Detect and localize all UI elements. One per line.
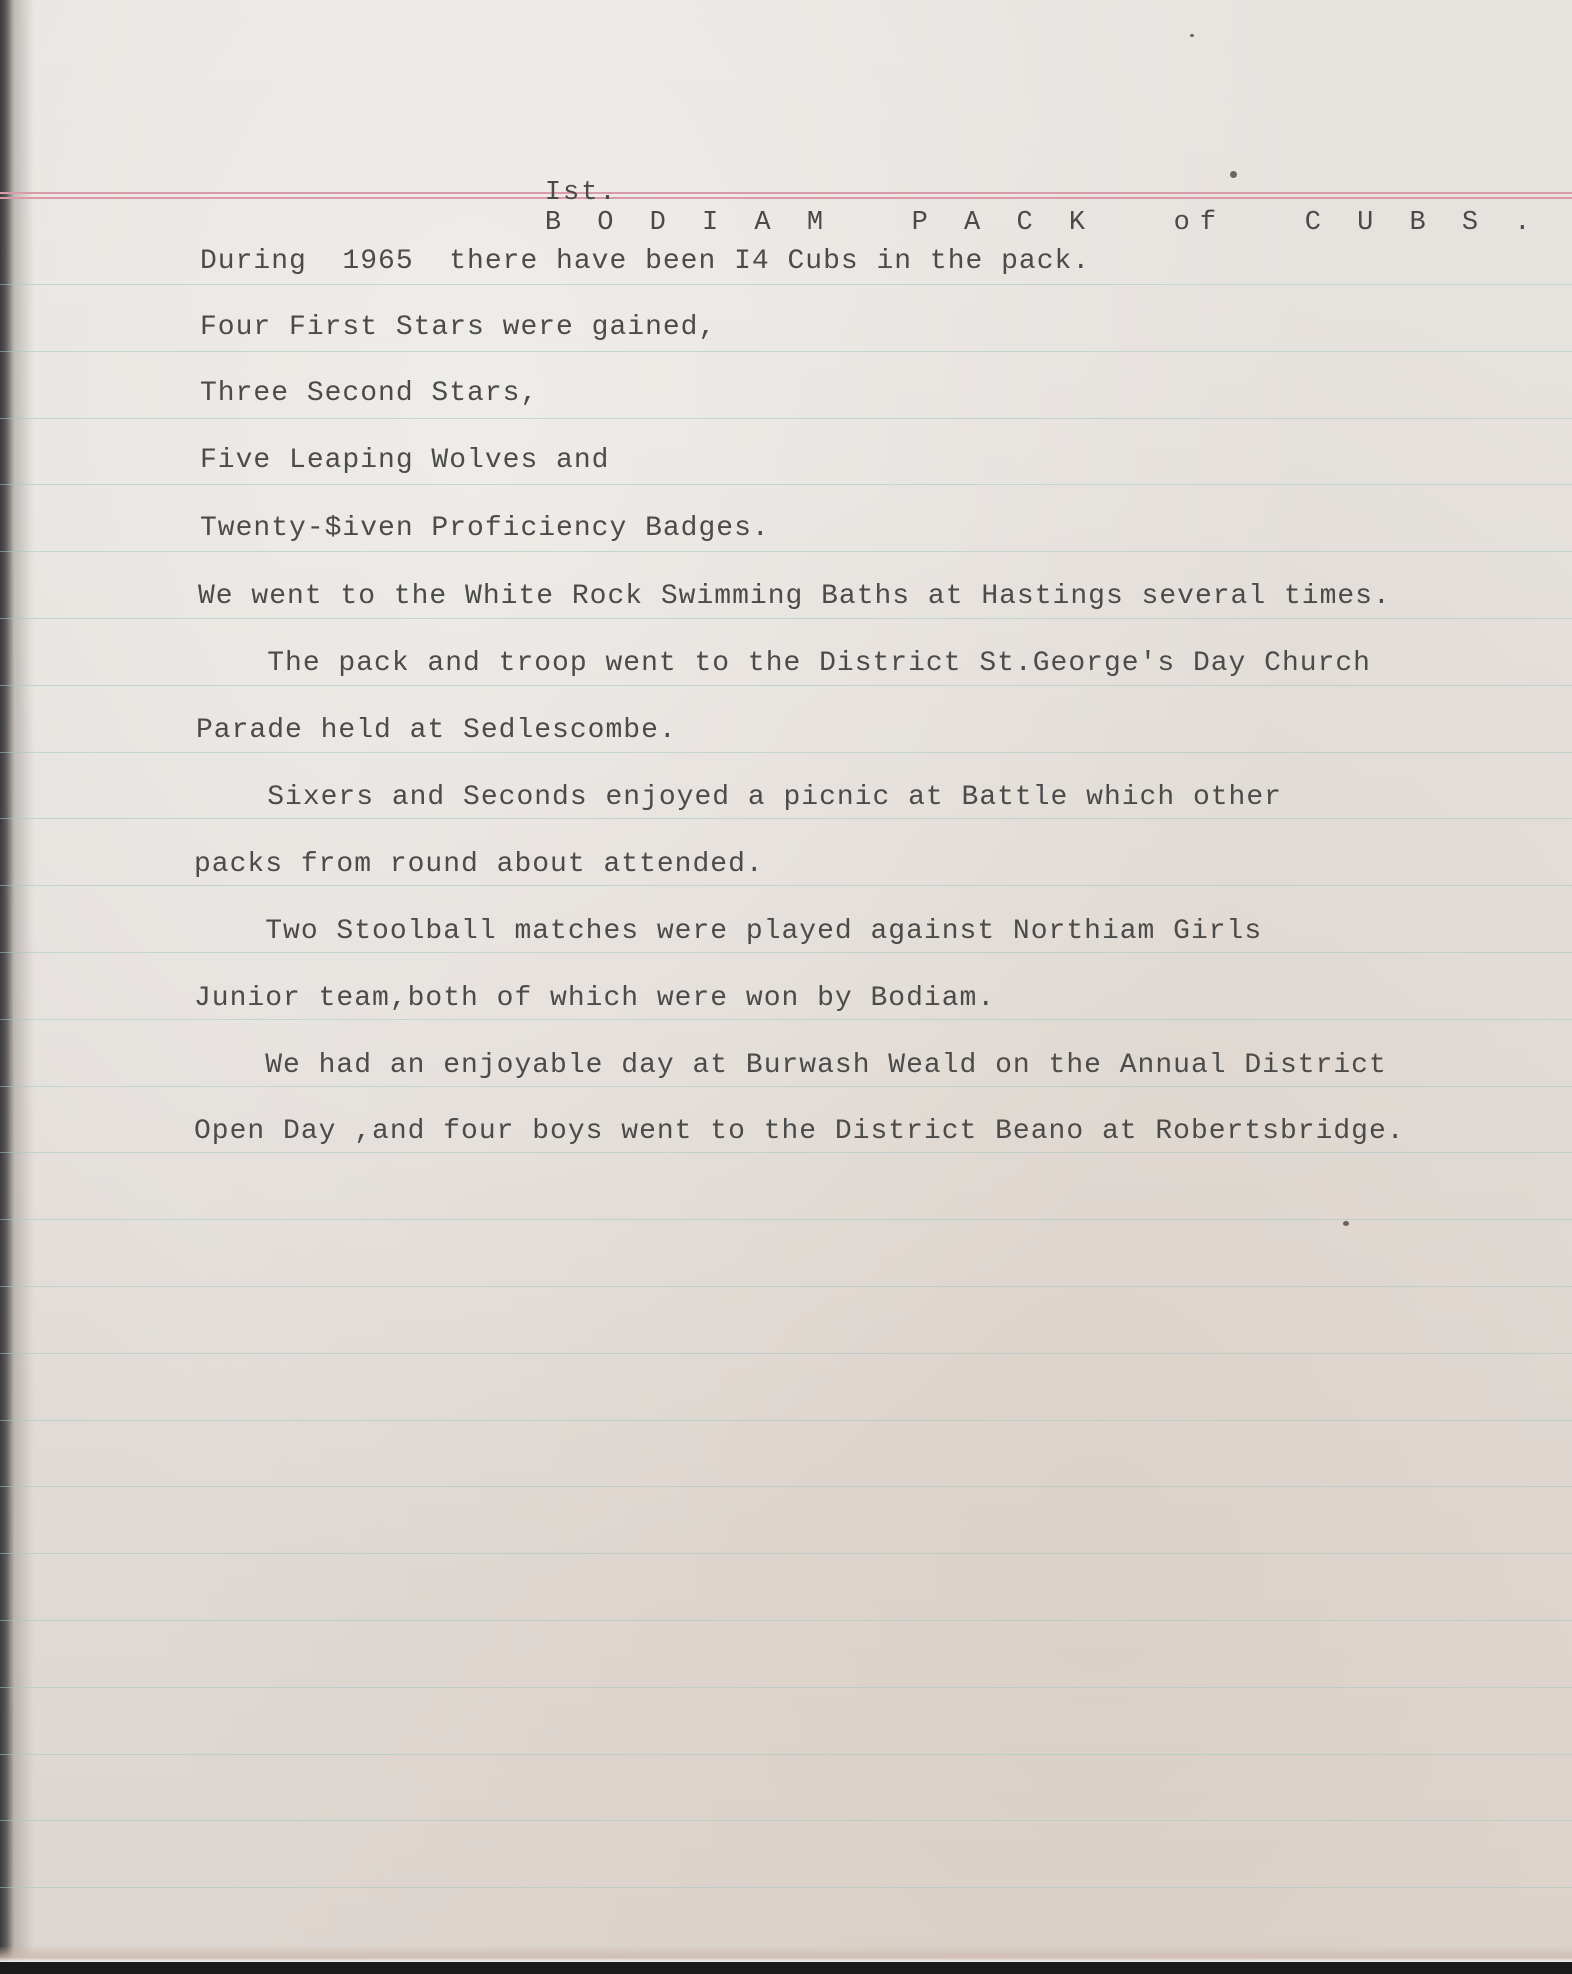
ruled-line [0,952,1572,953]
text-line: Open Day ,and four boys went to the Dist… [194,1116,1405,1147]
ink-speck [1343,1221,1349,1226]
ruled-line [0,351,1572,352]
ruled-line [0,1353,1572,1354]
ruled-line [0,685,1572,686]
ruled-line [0,284,1572,285]
ruled-line [0,1086,1572,1087]
text-line: The pack and troop went to the District … [196,648,1371,679]
ruled-line [0,484,1572,485]
text-line: Three Second Stars, [200,378,538,409]
text-line: Two Stoolball matches were played agains… [194,916,1262,947]
binding-shadow [0,0,34,1962]
text-line: We went to the White Rock Swimming Baths… [198,581,1391,612]
ruled-line [0,1219,1572,1220]
ruled-line [0,885,1572,886]
text-line: packs from round about attended. [194,849,764,880]
title-prefix: Ist. [545,178,618,208]
ruled-line [0,1486,1572,1487]
ruled-line [0,1553,1572,1554]
ruled-line [0,551,1572,552]
ruled-line [0,1286,1572,1287]
ruled-line [0,1687,1572,1688]
ruled-line [0,1820,1572,1821]
ruled-line [0,618,1572,619]
paper-bottom-edge [0,1946,1572,1962]
typed-page: Ist. B O D I A M P A C K of C U B S . Du… [0,0,1572,1962]
text-line: Five Leaping Wolves and [200,445,609,476]
ruled-line [0,1754,1572,1755]
ruled-line [0,818,1572,819]
text-line: Sixers and Seconds enjoyed a picnic at B… [196,782,1282,813]
text-line: We had an enjoyable day at Burwash Weald… [194,1050,1387,1081]
title-main: B O D I A M P A C K of C U B S . [545,208,1541,238]
text-line: Parade held at Sedlescombe. [196,715,677,746]
ink-speck [1230,171,1237,178]
ruled-line [0,1620,1572,1621]
ruled-line [0,418,1572,419]
ruled-line [0,1019,1572,1020]
text-line: Twenty-$iven Proficiency Badges. [200,513,770,544]
text-line: During 1965 there have been I4 Cubs in t… [200,246,1090,277]
ruled-line [0,1887,1572,1888]
ink-speck [1190,34,1194,37]
ruled-line [0,752,1572,753]
text-line: Four First Stars were gained, [200,312,716,343]
text-line: Junior team,both of which were won by Bo… [194,983,995,1014]
ruled-line [0,1152,1572,1153]
ruled-line [0,1420,1572,1421]
